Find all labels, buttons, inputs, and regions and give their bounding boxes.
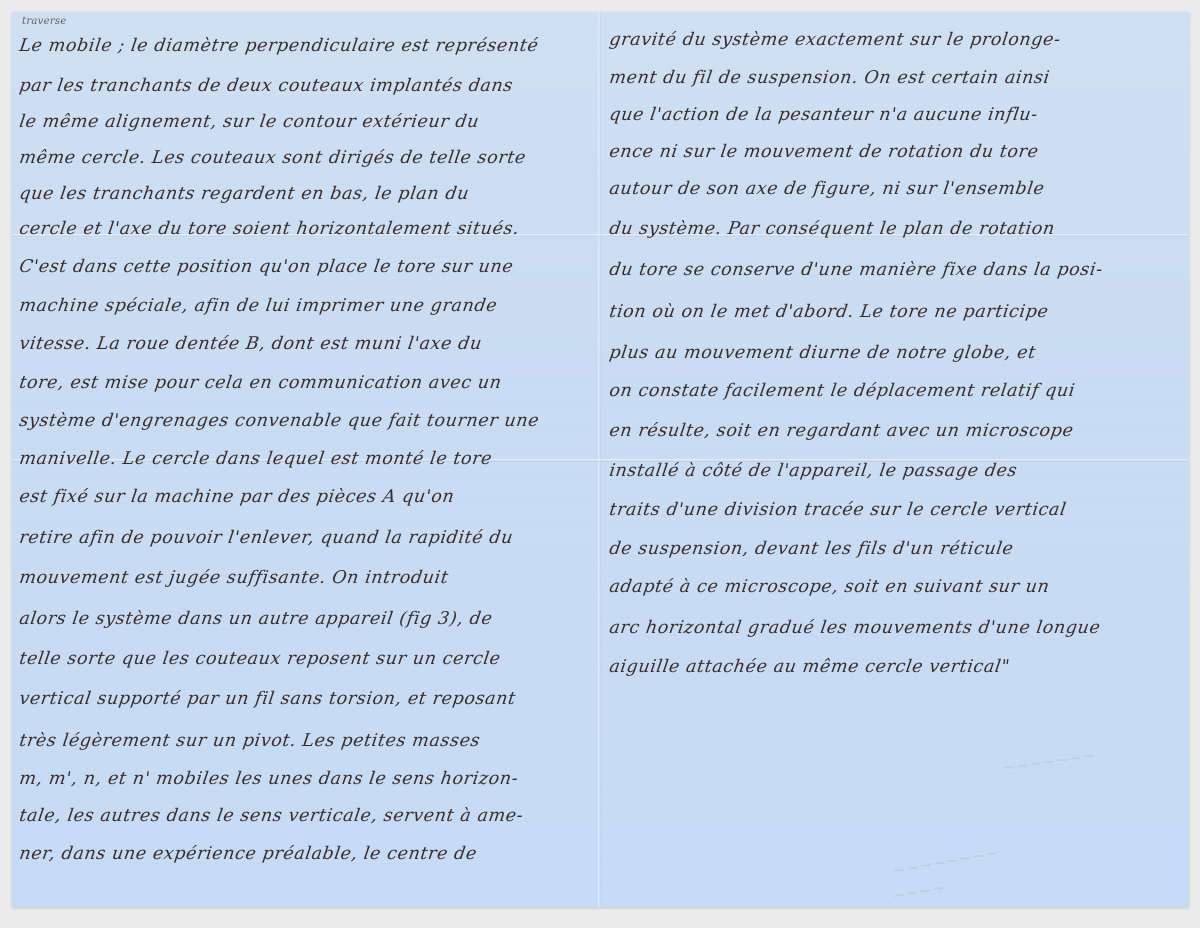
text-line: autour de son axe de figure, ni sur l'en… [608,179,1046,199]
text-line: tion où on le met d'abord. Le tore ne pa… [608,302,1050,322]
text-line: tore, est mise pour cela en communicatio… [18,373,503,393]
ink-bleed-through: ~~~~~~~~ [891,843,1000,880]
text-line: ment du fil de suspension. On est certai… [608,68,1051,88]
text-line: retire afin de pouvoir l'enlever, quand … [18,528,514,548]
text-line: que l'action de la pesanteur n'a aucune … [608,105,1039,125]
text-line: traits d'une division tracée sur le cerc… [608,500,1068,520]
text-line: du tore se conserve d'une manière fixe d… [608,260,1104,280]
text-line: de suspension, devant les fils d'un réti… [608,539,1015,559]
text-line: tale, les autres dans le sens verticale,… [18,806,525,826]
text-line: on constate facilement le déplacement re… [608,381,1076,401]
margin-note: traverse [22,16,67,27]
text-line: m, m', n, et n' mobiles les unes dans le… [18,769,520,789]
text-line: que les tranchants regardent en bas, le … [18,184,470,204]
text-line: du système. Par conséquent le plan de ro… [608,219,1056,239]
text-line: cercle et l'axe du tore soient horizonta… [18,219,521,239]
text-line: plus au mouvement diurne de notre globe,… [608,343,1037,363]
text-line: Le mobile ; le diamètre perpendiculaire … [18,36,540,56]
text-line: installé à côté de l'appareil, le passag… [608,461,1019,481]
manuscript-page: traverse Le mobile ; le diamètre perpend… [12,12,1189,907]
text-line: gravité du système exactement sur le pro… [608,30,1062,50]
text-line: manivelle. Le cercle dans lequel est mon… [18,449,493,469]
text-line: en résulte, soit en regardant avec un mi… [608,421,1075,441]
text-line: est fixé sur la machine par des pièces A… [18,487,456,507]
text-line: C'est dans cette position qu'on place le… [18,257,515,277]
text-line: très légèrement sur un pivot. Les petite… [18,731,482,751]
text-line: vertical supporté par un fil sans torsio… [18,689,517,709]
text-line: ner, dans une expérience préalable, le c… [18,844,478,864]
text-line: aiguille attachée au même cercle vertica… [608,657,1011,677]
text-line: système d'engrenages convenable que fait… [18,411,541,431]
text-line: mouvement est jugée suffisante. On intro… [18,568,450,588]
text-line: alors le système dans un autre appareil … [18,609,494,629]
text-line: ence ni sur le mouvement de rotation du … [608,142,1040,162]
ink-bleed-through: ~~~~ [891,877,947,905]
text-line: telle sorte que les couteaux reposent su… [18,649,502,669]
text-line: machine spéciale, afin de lui imprimer u… [18,296,499,316]
text-line: vitesse. La roue dentée B, dont est muni… [18,334,483,354]
text-line: adapté à ce microscope, soit en suivant … [608,577,1051,597]
text-line: par les tranchants de deux couteaux impl… [18,76,514,96]
text-line: même cercle. Les couteaux sont dirigés d… [18,148,527,168]
text-line: le même alignement, sur le contour extér… [18,112,481,132]
ink-bleed-through: ~~~~~~~ [1001,746,1097,778]
text-line: arc horizontal gradué les mouvements d'u… [608,618,1102,638]
